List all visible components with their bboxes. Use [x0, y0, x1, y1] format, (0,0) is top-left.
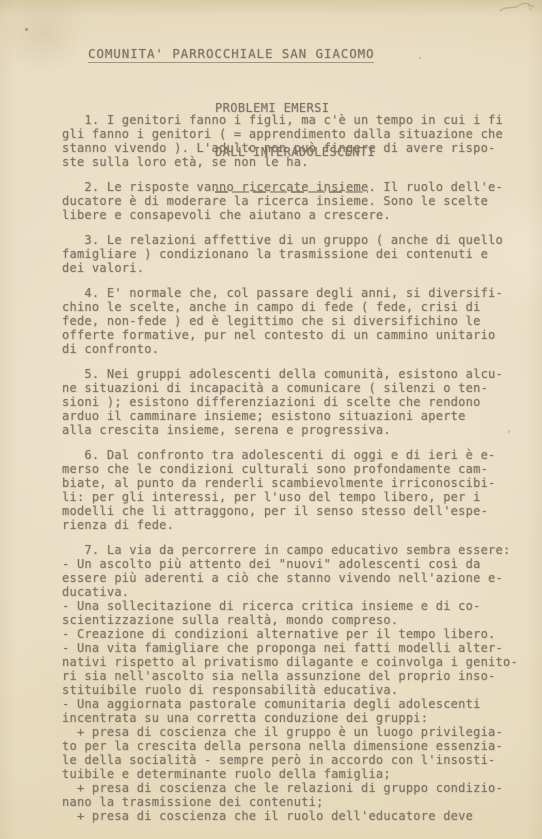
paragraph-5: 5. Nei gruppi adolescenti della comunità… [62, 367, 532, 437]
paragraph-4: 4. E' normale che, col passare degli ann… [62, 286, 532, 356]
document-title: COMUNITA' PARROCCHIALE SAN GIACOMO [88, 46, 374, 63]
paragraph-1: 1. I genitori fanno i figli, ma c'è un t… [62, 113, 532, 169]
document-body: 1. I genitori fanno i figli, ma c'è un t… [62, 113, 532, 834]
paragraph-3: 3. Le relazioni affettive di un gruppo (… [62, 233, 532, 275]
document-page: COMUNITA' PARROCCHIALE SAN GIACOMO PROBL… [0, 0, 542, 839]
paragraph-7: 7. La via da percorrere in campo educati… [62, 543, 532, 823]
paragraph-6: 6. Dal confronto tra adolescenti di oggi… [62, 448, 532, 532]
ink-speck [25, 28, 28, 31]
paragraph-2: 2. Le risposte vanno ricercate insieme. … [62, 180, 532, 222]
pencil-scribble-mark [498, 1, 536, 15]
ink-speck [419, 57, 421, 59]
